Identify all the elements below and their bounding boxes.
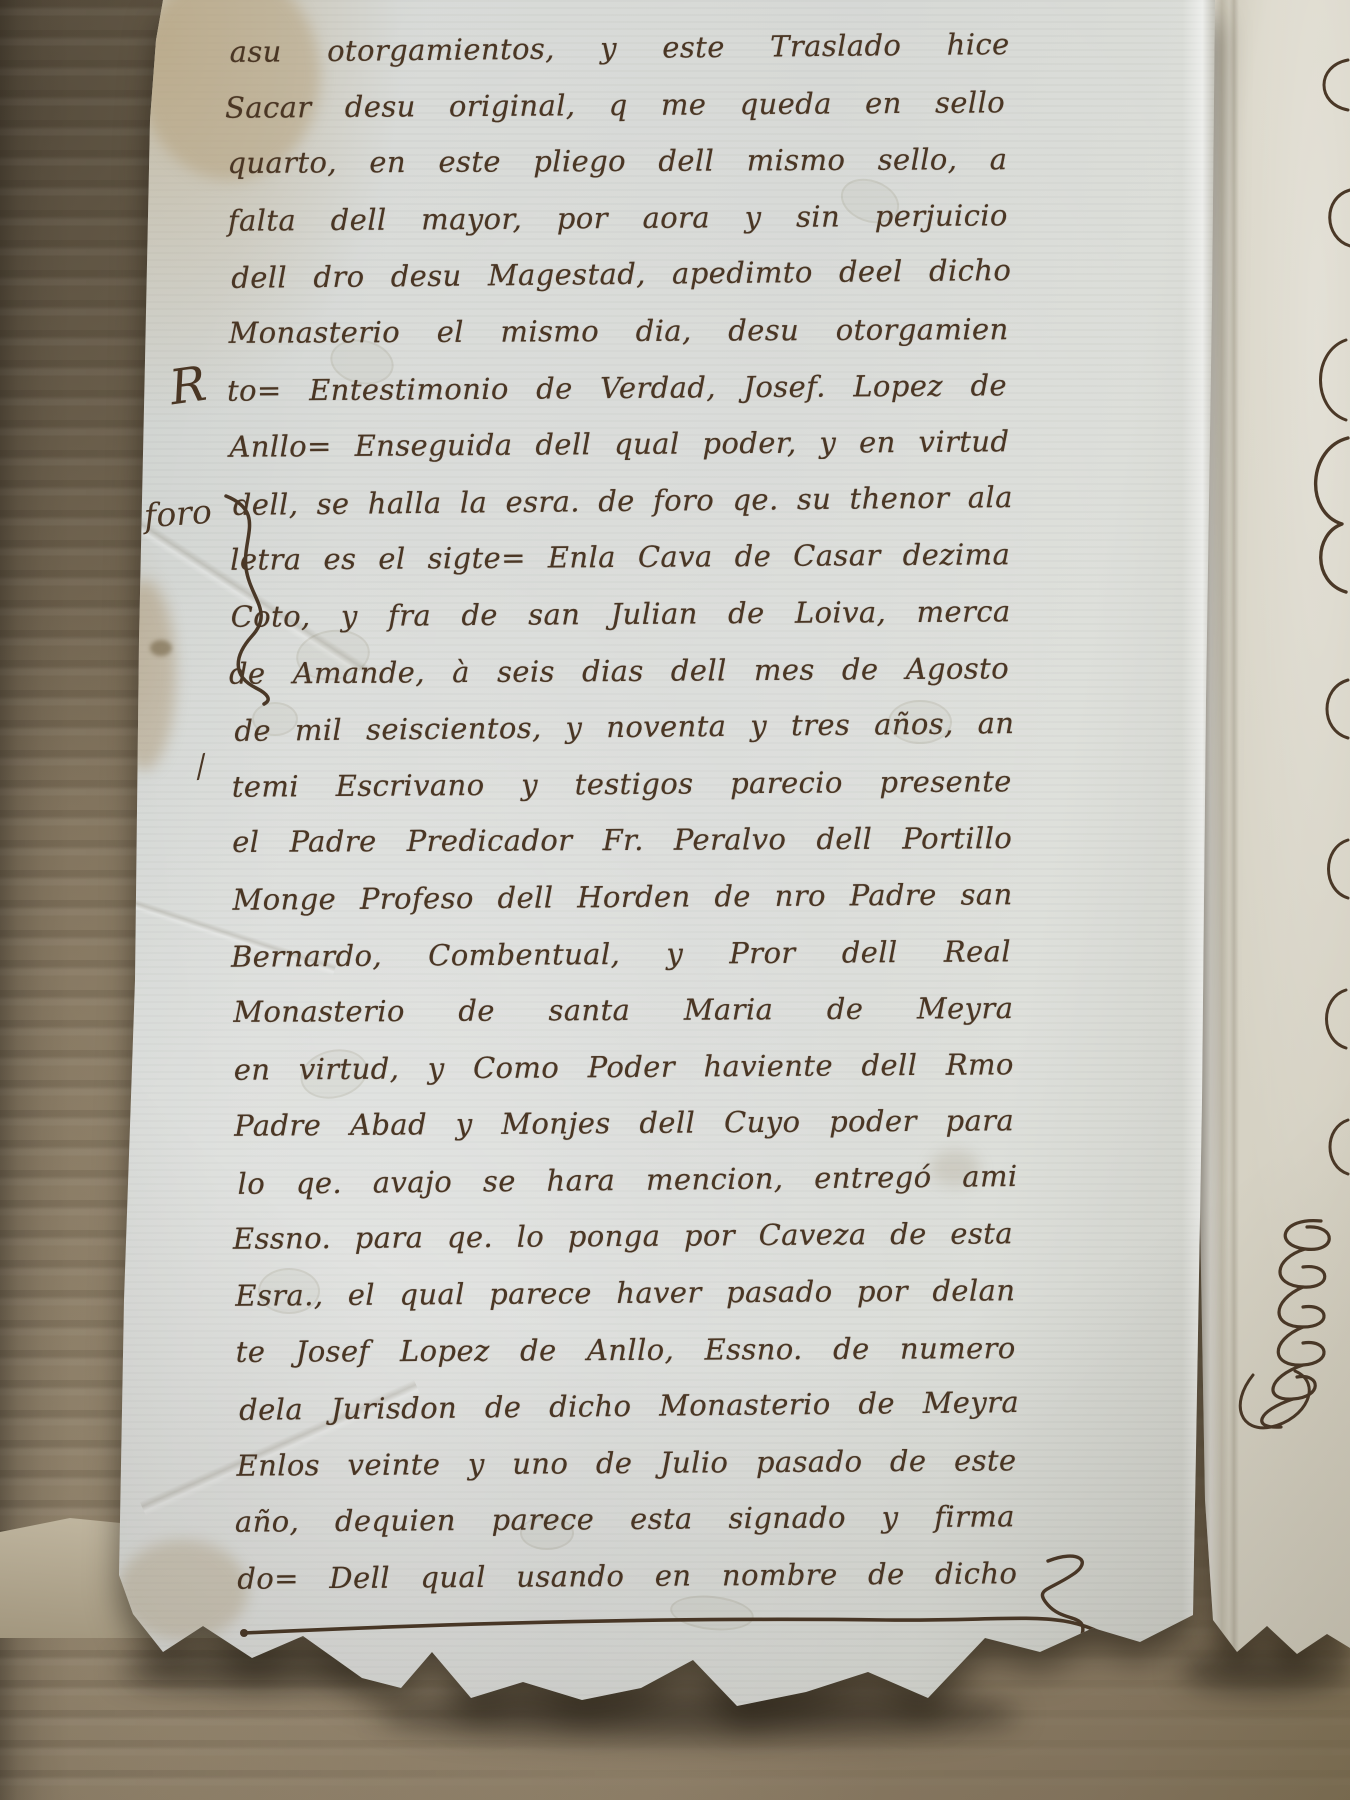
manuscript-line: asu otorgamientos, y este Traslado hice <box>229 16 1010 80</box>
page-right-curl-highlight <box>1182 0 1216 1640</box>
manuscript-page: asu otorgamientos, y este Traslado hice … <box>0 0 1230 1760</box>
manuscript-line: en virtud, y Como Poder haviente dell Rm… <box>234 1036 1014 1098</box>
manuscript-line: temi Escrivano y testigos parecio presen… <box>232 753 1012 815</box>
manuscript-line: lo qe. avajo se hara mencion, entregó am… <box>237 1148 1018 1212</box>
manuscript-line: de Amande, à seis dias dell mes de Agost… <box>229 640 1009 702</box>
manuscript-line: Enlos veinte y uno de Julio pasado de es… <box>236 1432 1016 1494</box>
margin-tick-mark: ∕ <box>193 751 210 783</box>
manuscript-line: Monasterio el mismo dia, desu otorgamien <box>229 301 1009 361</box>
manuscript-line: te Josef Lopez de Anllo, Essno. de numer… <box>236 1320 1016 1380</box>
manuscript-line: letra es el sigte= Enla Cava de Casar de… <box>230 527 1010 589</box>
manuscript-line: Monasterio de santa Maria de Meyra <box>233 980 1013 1040</box>
manuscript-line: quarto, en este pliego dell mismo sello,… <box>227 131 1007 191</box>
margin-annotation-foro: foro <box>143 495 213 533</box>
manuscript-line: Esra., el qual parece haver pasado por d… <box>235 1262 1015 1324</box>
manuscript-line: Bernardo, Combentual, y Pror dell Real <box>231 923 1011 985</box>
manuscript-line: dell dro desu Magestad, apedimto deel di… <box>231 242 1012 306</box>
photo-scene: asu otorgamientos, y este Traslado hice … <box>0 0 1350 1800</box>
manuscript-line: Anllo= Enseguida dell qual poder, y en v… <box>229 413 1009 475</box>
manuscript-line: Padre Abad y Monjes dell Cuyo poder para <box>234 1093 1014 1155</box>
manuscript-line: Sacar desu original, q me queda en sello <box>225 74 1005 136</box>
paper-stain <box>112 580 176 770</box>
closing-rule-flourish <box>236 1545 1126 1665</box>
margin-annotation-initial: R <box>167 360 209 413</box>
manuscript-line: Essno. para qe. lo ponga por Caveza de e… <box>233 1206 1013 1268</box>
manuscript-line: Monge Profeso dell Horden de nro Padre s… <box>232 866 1012 928</box>
paper-stain <box>118 1540 248 1640</box>
manuscript-line: dela Jurisdon de dicho Monasterio de Mey… <box>239 1374 1020 1438</box>
manuscript-text-block: asu otorgamientos, y este Traslado hice … <box>226 17 1017 1607</box>
manuscript-line: de mil seiscientos, y noventa y tres año… <box>234 695 1015 759</box>
manuscript-line: año, dequien parece esta signado y firma <box>235 1489 1015 1551</box>
manuscript-line: el Padre Predicador Fr. Peralvo dell Por… <box>232 810 1012 870</box>
manuscript-line: dell, se halla la esra. de foro qe. su t… <box>233 469 1014 533</box>
manuscript-line: Coto, y fra de san Julian de Loiva, merc… <box>230 583 1010 645</box>
manuscript-line: to= Entestimonio de Verdad, Josef. Lopez… <box>227 357 1007 419</box>
ink-spot <box>150 640 172 656</box>
margin-brace-flourish <box>212 490 292 710</box>
manuscript-line: falta dell mayor, por aora y sin perjuic… <box>228 187 1008 249</box>
manuscript-page-wrap: asu otorgamientos, y este Traslado hice … <box>0 0 1350 1800</box>
